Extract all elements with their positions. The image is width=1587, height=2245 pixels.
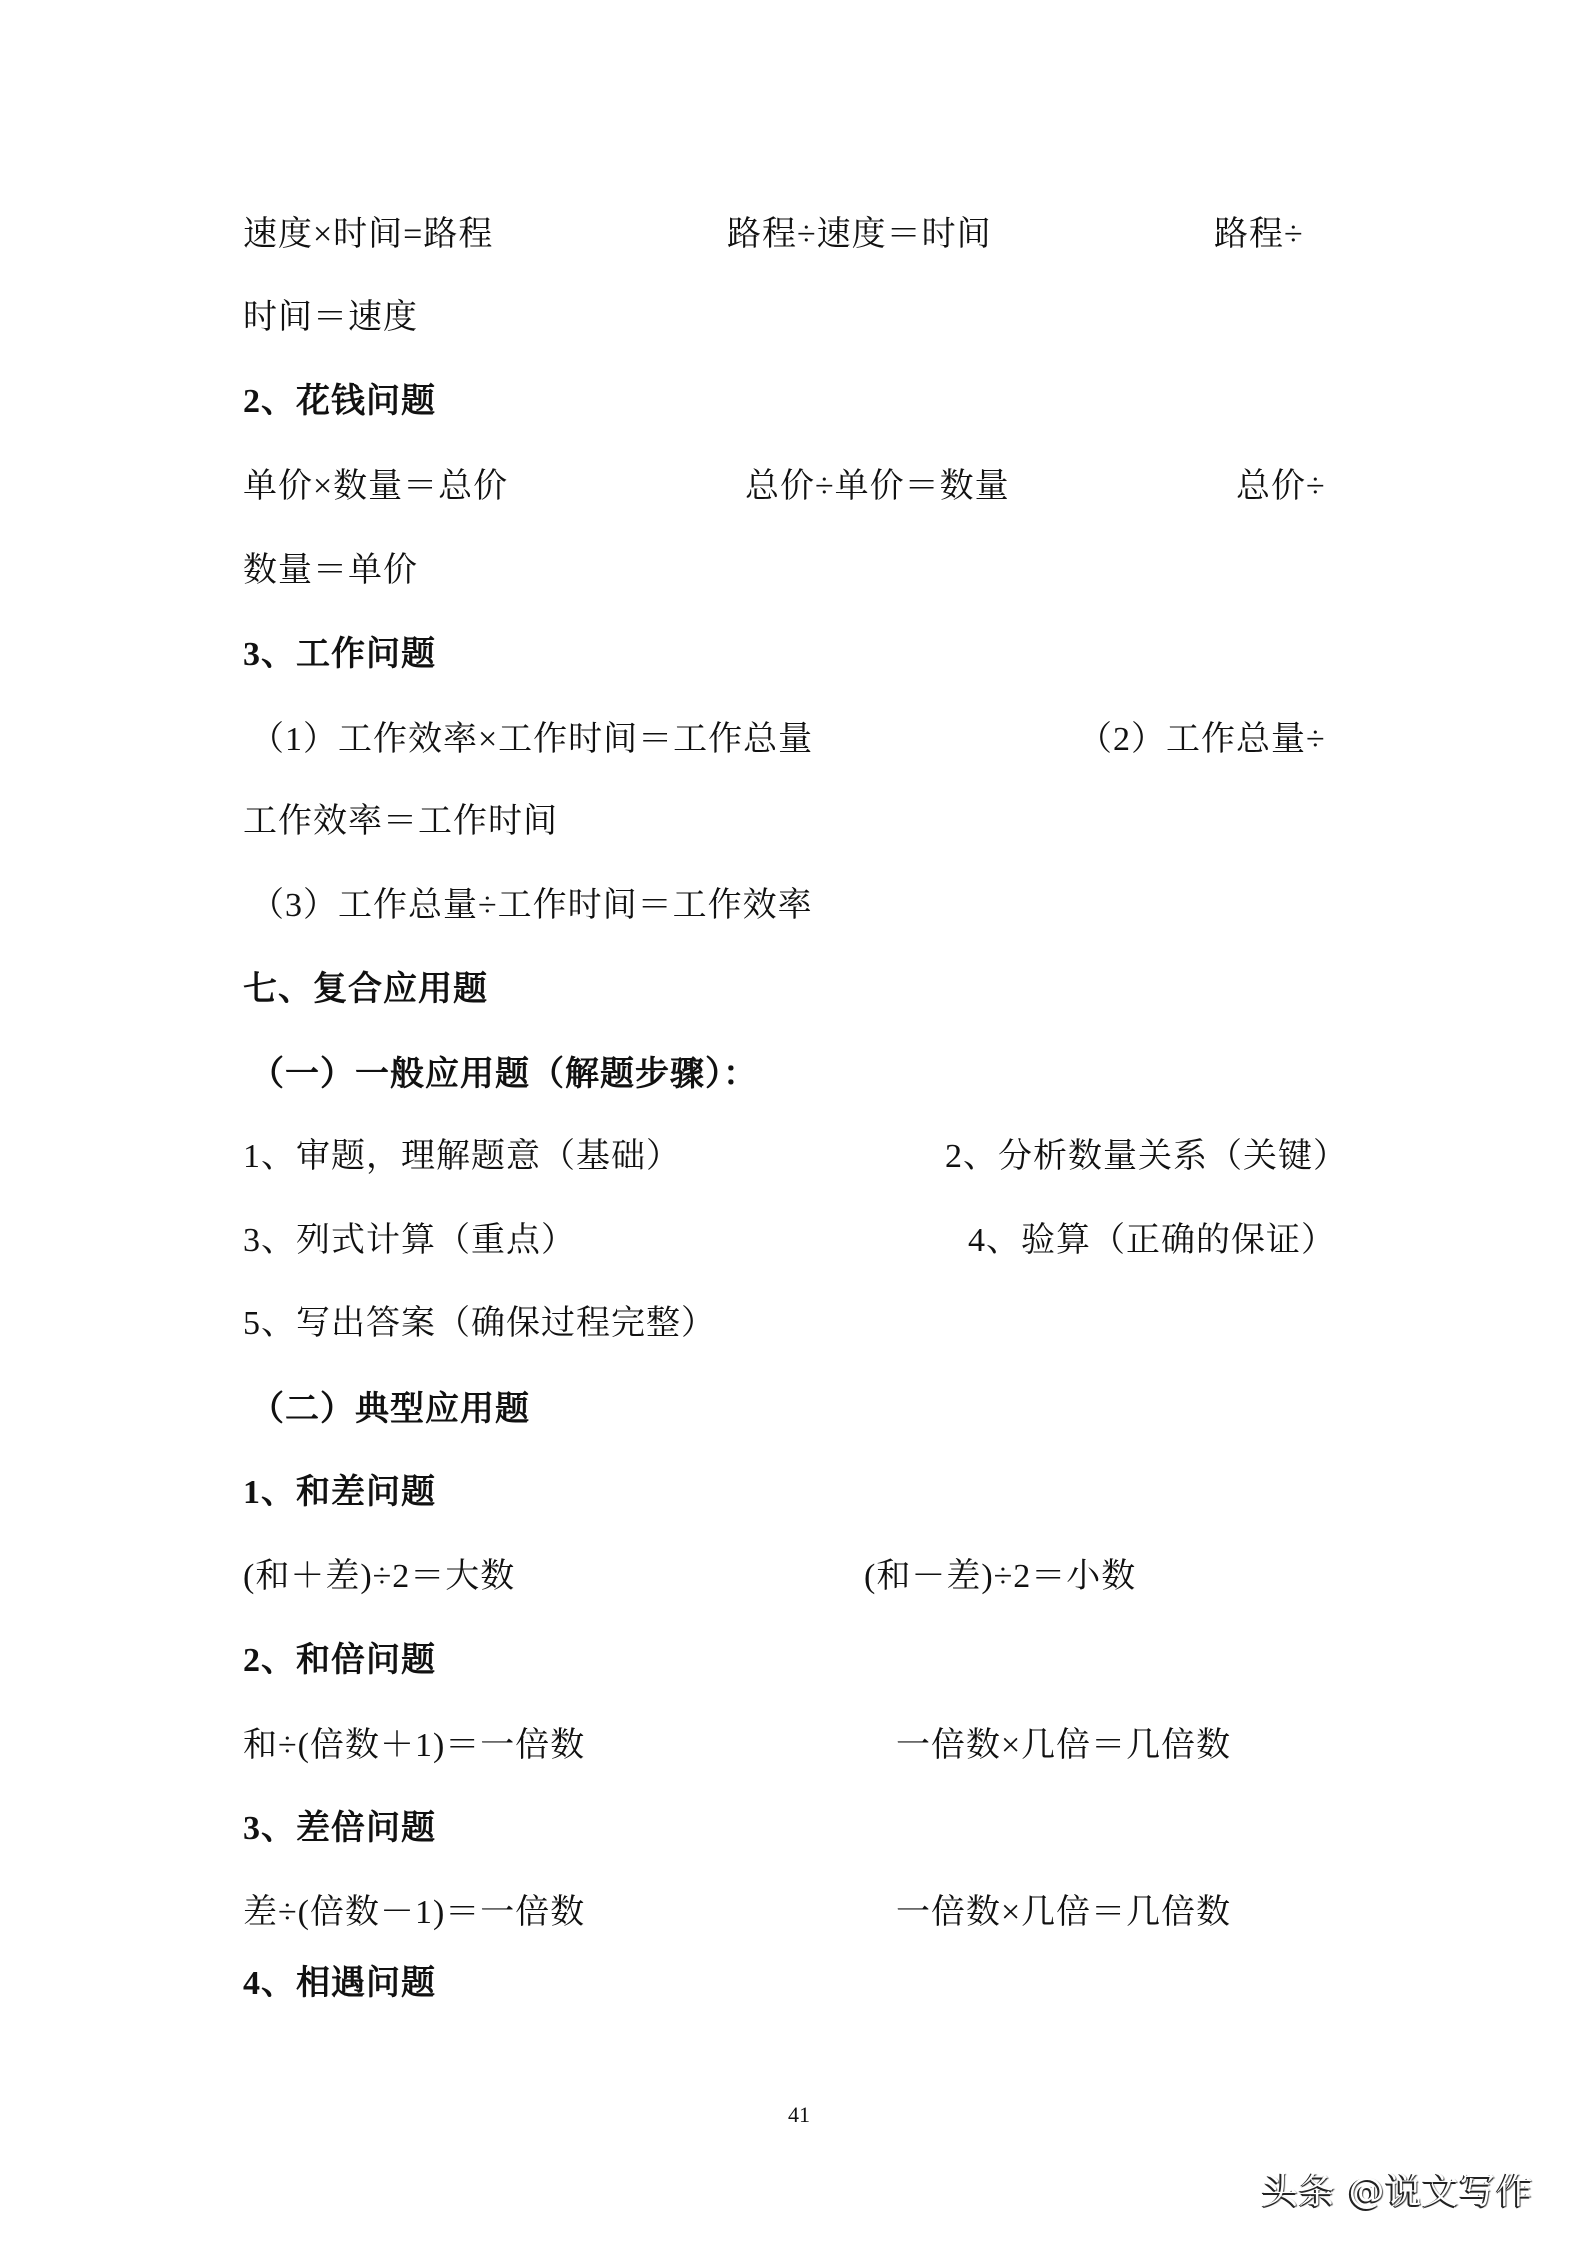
formula-text: 1、审题，理解题意（基础） <box>243 1135 681 1179</box>
heading-text: 2、花钱问题 <box>243 380 436 424</box>
section-heading: 3、工作问题 <box>0 633 1587 677</box>
text-line: 和÷(倍数＋1)＝一倍数一倍数×几倍＝几倍数 <box>0 1724 1587 1768</box>
section-heading: 七、复合应用题 <box>0 968 1587 1012</box>
formula-text: 速度×时间=路程 <box>243 213 493 257</box>
text-line: 时间＝速度 <box>0 296 1587 340</box>
heading-text: 3、差倍问题 <box>243 1807 436 1851</box>
formula-text: （2）工作总量÷ <box>1078 718 1326 762</box>
text-line: (和＋差)÷2＝大数(和－差)÷2＝小数 <box>0 1555 1587 1599</box>
formula-text: 差÷(倍数－1)＝一倍数 <box>243 1891 585 1935</box>
heading-text: 4、相遇问题 <box>243 1962 436 2006</box>
heading-text: （一）一般应用题（解题步骤）： <box>250 1053 758 1097</box>
formula-text: 总价÷单价＝数量 <box>745 465 1010 509</box>
formula-text: 路程÷ <box>1214 213 1304 257</box>
formula-text: (和＋差)÷2＝大数 <box>243 1555 515 1599</box>
text-line: （3）工作总量÷工作时间＝工作效率 <box>0 884 1587 928</box>
formula-text: 2、分析数量关系（关键） <box>945 1135 1348 1179</box>
formula-text: 一倍数×几倍＝几倍数 <box>896 1724 1231 1768</box>
section-heading: 4、相遇问题 <box>0 1962 1587 2006</box>
formula-text: 一倍数×几倍＝几倍数 <box>896 1891 1231 1935</box>
formula-text: （3）工作总量÷工作时间＝工作效率 <box>250 884 813 928</box>
heading-text: 七、复合应用题 <box>243 968 488 1012</box>
section-heading: 2、花钱问题 <box>0 380 1587 424</box>
formula-text: 和÷(倍数＋1)＝一倍数 <box>243 1724 585 1768</box>
text-line: 速度×时间=路程路程÷速度＝时间路程÷ <box>0 213 1587 257</box>
text-line: 工作效率＝工作时间 <box>0 800 1587 844</box>
text-line: 单价×数量＝总价总价÷单价＝数量总价÷ <box>0 465 1587 509</box>
section-heading: 1、和差问题 <box>0 1471 1587 1515</box>
text-line: 3、列式计算（重点）4、验算（正确的保证） <box>0 1219 1587 1263</box>
heading-text: 3、工作问题 <box>243 633 436 677</box>
heading-text: （二）典型应用题 <box>250 1388 530 1432</box>
formula-text: 工作效率＝工作时间 <box>243 800 558 844</box>
section-heading: 3、差倍问题 <box>0 1807 1587 1851</box>
text-line: 差÷(倍数－1)＝一倍数一倍数×几倍＝几倍数 <box>0 1891 1587 1935</box>
section-heading: （一）一般应用题（解题步骤）： <box>0 1053 1587 1097</box>
formula-text: 4、验算（正确的保证） <box>968 1219 1336 1263</box>
formula-text: （1）工作效率×工作时间＝工作总量 <box>250 718 813 762</box>
formula-text: 5、写出答案（确保过程完整） <box>243 1302 716 1346</box>
text-line: 5、写出答案（确保过程完整） <box>0 1302 1587 1346</box>
formula-text: 路程÷速度＝时间 <box>727 213 992 257</box>
formula-text: 时间＝速度 <box>243 296 418 340</box>
formula-text: 总价÷ <box>1236 465 1326 509</box>
text-line: （1）工作效率×工作时间＝工作总量（2）工作总量÷ <box>0 718 1587 762</box>
text-line: 数量＝单价 <box>0 549 1587 593</box>
section-heading: （二）典型应用题 <box>0 1388 1587 1432</box>
formula-text: (和－差)÷2＝小数 <box>864 1555 1136 1599</box>
page-number: 41 <box>788 2100 810 2130</box>
formula-text: 单价×数量＝总价 <box>243 465 508 509</box>
formula-text: 数量＝单价 <box>243 549 418 593</box>
text-line: 1、审题，理解题意（基础）2、分析数量关系（关键） <box>0 1135 1587 1179</box>
heading-text: 2、和倍问题 <box>243 1639 436 1683</box>
section-heading: 2、和倍问题 <box>0 1639 1587 1683</box>
formula-text: 3、列式计算（重点） <box>243 1219 576 1263</box>
heading-text: 1、和差问题 <box>243 1471 436 1515</box>
watermark: 头条 @说文写作 <box>1262 2168 1533 2216</box>
